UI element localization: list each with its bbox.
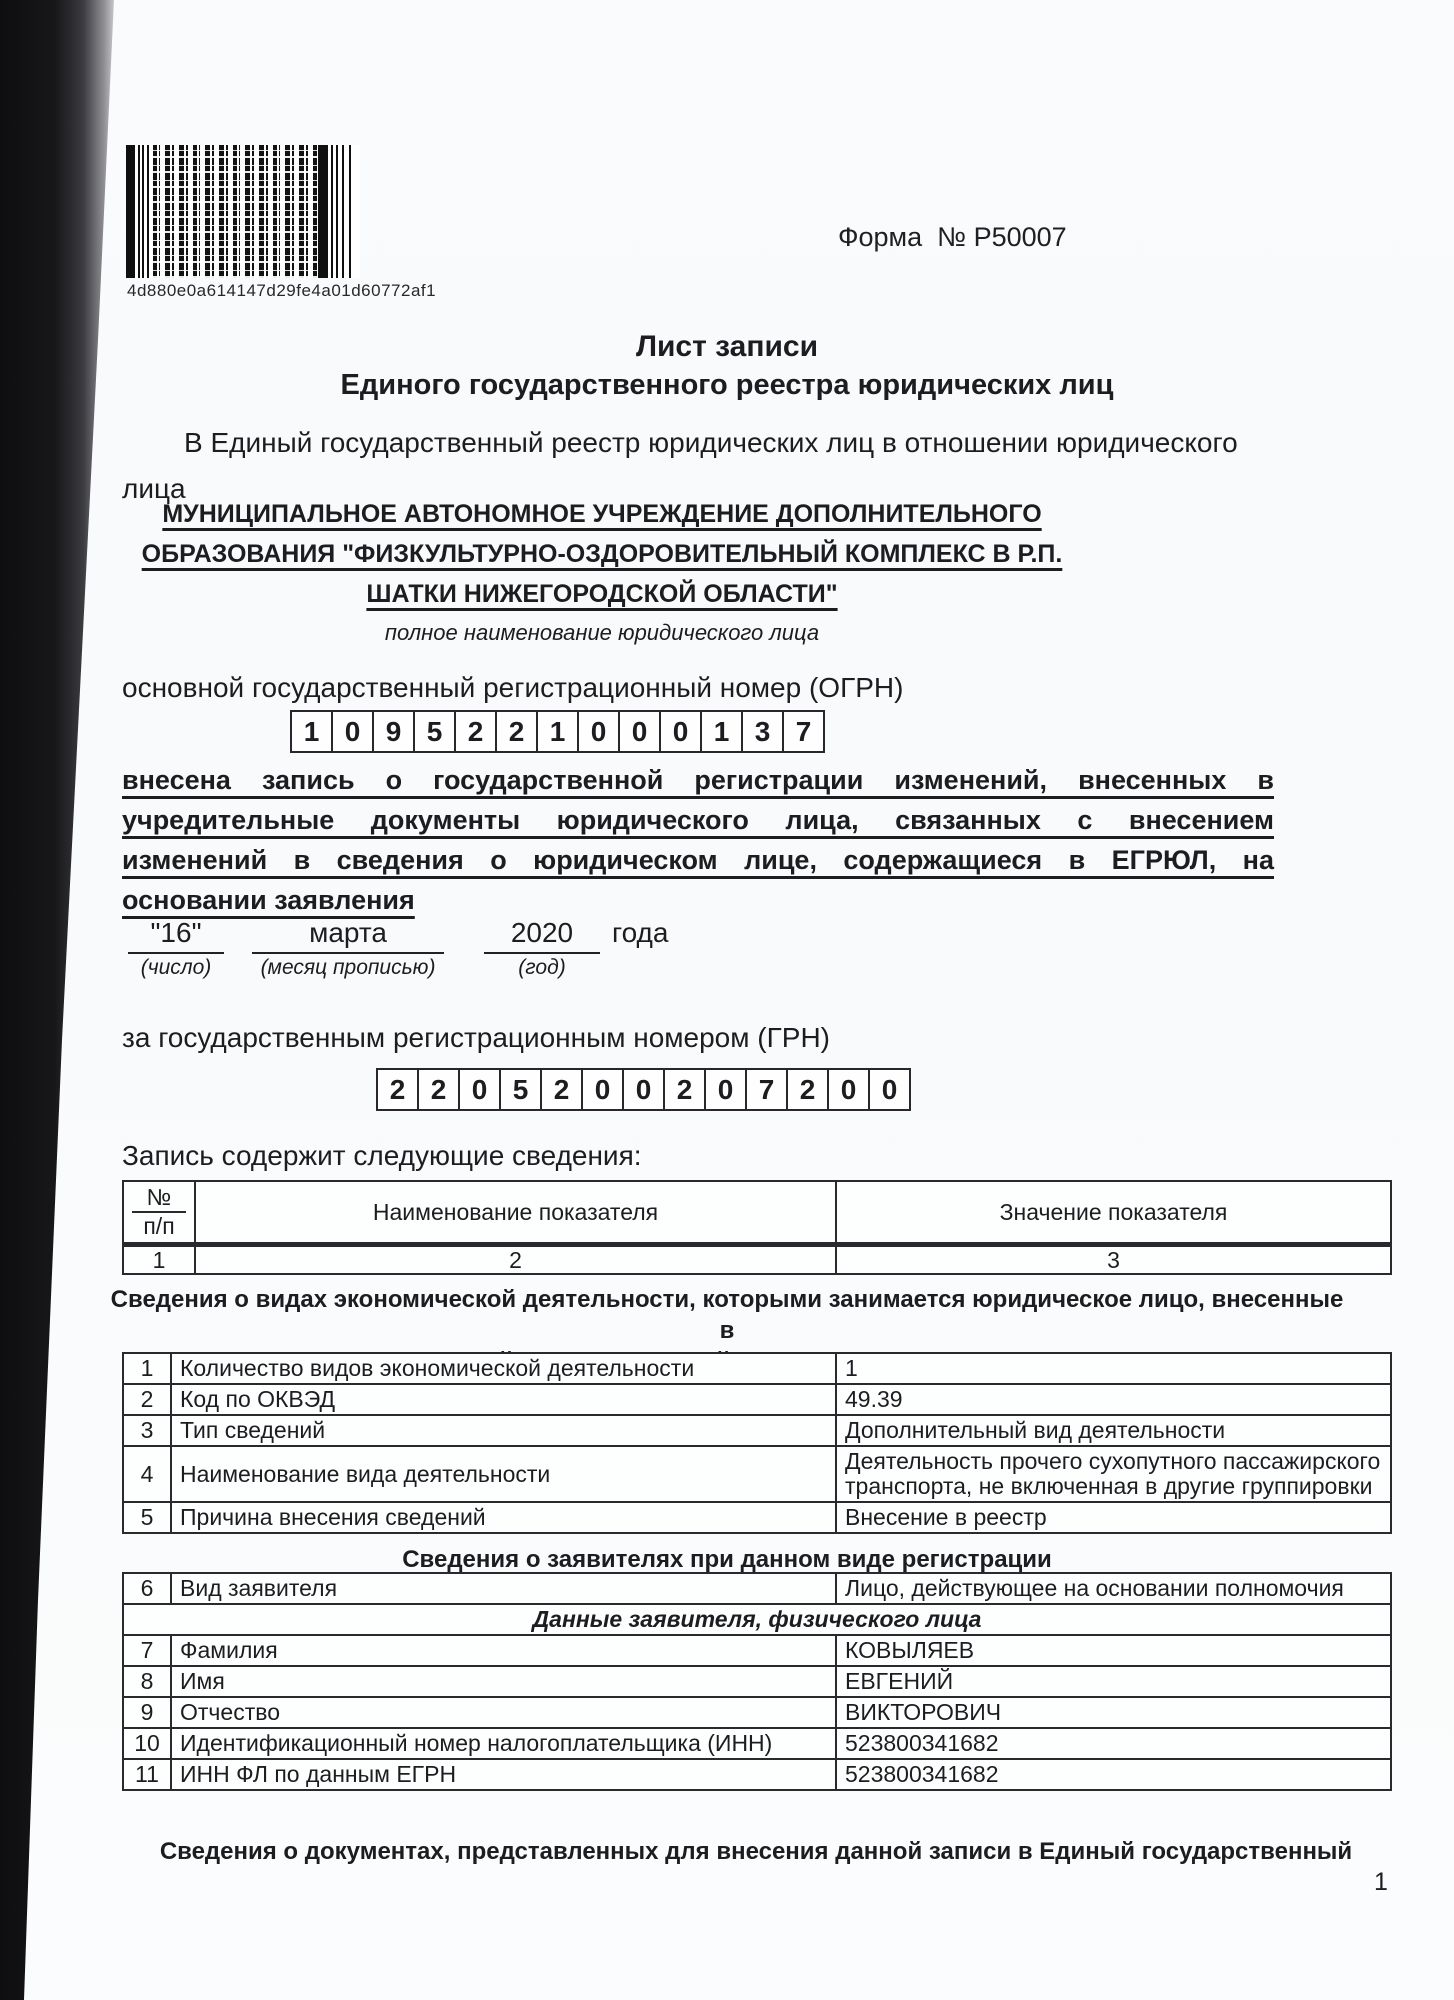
- col-header-npp: № п/п: [123, 1181, 195, 1245]
- row-name-cell: Тип сведений: [171, 1415, 836, 1446]
- row-name-cell: Наименование вида деятельности: [171, 1446, 836, 1502]
- pdf417-barcode-icon: [126, 145, 360, 278]
- index-cell-2: 2: [195, 1245, 836, 1275]
- row-number-cell: 9: [123, 1697, 171, 1728]
- grn-digit: 0: [868, 1068, 911, 1111]
- org-name-caption: полное наименование юридического лица: [112, 618, 1092, 648]
- barcode-stop-pattern: [318, 145, 360, 278]
- applicants-section-title: Сведения о заявителях при данном виде ре…: [107, 1544, 1347, 1575]
- date-row: "16" (число) марта (месяц прописью) 2020…: [128, 914, 668, 982]
- row-name-cell: Вид заявителя: [171, 1573, 836, 1604]
- applicants-table: 6 Вид заявителя Лицо, действующее на осн…: [122, 1572, 1392, 1791]
- table-header-row: № п/п Наименование показателя Значение п…: [123, 1181, 1391, 1245]
- ogrn-digit: 5: [413, 710, 456, 753]
- org-name: МУНИЦИПАЛЬНОЕ АВТОНОМНОЕ УЧРЕЖДЕНИЕ ДОПО…: [112, 494, 1092, 648]
- ogrn-digit: 3: [741, 710, 784, 753]
- row-value-cell: 523800341682: [836, 1759, 1391, 1790]
- ogrn-digit: 2: [454, 710, 497, 753]
- table-row: 6 Вид заявителя Лицо, действующее на осн…: [123, 1573, 1391, 1604]
- grn-digit-boxes: 2 2 0 5 2 0 0 2 0 7 2 0 0: [376, 1068, 911, 1111]
- row-value-cell: 523800341682: [836, 1728, 1391, 1759]
- ogrn-digit: 0: [331, 710, 374, 753]
- grn-digit: 0: [622, 1068, 665, 1111]
- ogrn-digit: 0: [577, 710, 620, 753]
- grn-digit: 2: [540, 1068, 583, 1111]
- row-value-cell: Лицо, действующее на основании полномочи…: [836, 1573, 1391, 1604]
- record-header-table: № п/п Наименование показателя Значение п…: [122, 1180, 1392, 1275]
- table-row: 7 Фамилия КОВЫЛЯЕВ: [123, 1635, 1391, 1666]
- org-name-line-3: ШАТКИ НИЖЕГОРОДСКОЙ ОБЛАСТИ": [112, 574, 1092, 614]
- row-name-cell: Код по ОКВЭД: [171, 1384, 836, 1415]
- date-year-caption: (год): [484, 954, 600, 982]
- date-year: 2020 (год): [484, 914, 600, 982]
- col-header-name: Наименование показателя: [195, 1181, 836, 1245]
- ogrn-digit: 0: [618, 710, 661, 753]
- row-value-cell: Внесение в реестр: [836, 1502, 1391, 1533]
- statement-line-2: учредительные документы юридического лиц…: [122, 800, 1274, 840]
- row-number-cell: 6: [123, 1573, 171, 1604]
- table-row: 2 Код по ОКВЭД 49.39: [123, 1384, 1391, 1415]
- row-name-cell: Отчество: [171, 1697, 836, 1728]
- grn-digit: 2: [663, 1068, 706, 1111]
- applicant-subheader: Данные заявителя, физического лица: [123, 1604, 1391, 1635]
- grn-digit: 7: [745, 1068, 788, 1111]
- row-name-cell: Имя: [171, 1666, 836, 1697]
- ogrn-digit: 1: [700, 710, 743, 753]
- row-number-cell: 8: [123, 1666, 171, 1697]
- date-year-value: 2020: [484, 914, 600, 954]
- date-month-caption: (месяц прописью): [252, 954, 444, 982]
- col-header-npp-bottom: п/п: [132, 1213, 186, 1240]
- activity-table: 1 Количество видов экономической деятель…: [122, 1352, 1392, 1534]
- row-name-cell: ИНН ФЛ по данным ЕГРН: [171, 1759, 836, 1790]
- grn-label: за государственным регистрационным номер…: [122, 1022, 830, 1054]
- date-day: "16" (число): [128, 914, 224, 982]
- row-value-cell: ВИКТОРОВИЧ: [836, 1697, 1391, 1728]
- date-month: марта (месяц прописью): [252, 914, 444, 982]
- form-number: Форма № Р50007: [838, 222, 1067, 253]
- ogrn-digit: 1: [536, 710, 579, 753]
- grn-digit: 2: [786, 1068, 829, 1111]
- table-index-row: 1 2 3: [123, 1245, 1391, 1275]
- ogrn-digit: 9: [372, 710, 415, 753]
- barcode-start-pattern: [126, 145, 153, 278]
- document-title: Лист записи Единого государственного рее…: [0, 328, 1454, 404]
- date-month-value: марта: [252, 914, 444, 954]
- org-name-line-1: МУНИЦИПАЛЬНОЕ АВТОНОМНОЕ УЧРЕЖДЕНИЕ ДОПО…: [112, 494, 1092, 534]
- table-row: 1 Количество видов экономической деятель…: [123, 1353, 1391, 1384]
- record-statement: внесена запись о государственной регистр…: [122, 760, 1274, 920]
- activity-title-line-1: Сведения о видах экономической деятельно…: [107, 1284, 1347, 1346]
- grn-digit: 0: [827, 1068, 870, 1111]
- scanned-page: 4d880e0a614147d29fe4a01d60772af1 Форма №…: [0, 0, 1454, 2000]
- title-line-2: Единого государственного реестра юридиче…: [0, 366, 1454, 404]
- table-row: 8 Имя ЕВГЕНИЙ: [123, 1666, 1391, 1697]
- row-number-cell: 4: [123, 1446, 171, 1502]
- table-row: 5 Причина внесения сведений Внесение в р…: [123, 1502, 1391, 1533]
- ogrn-digit: 2: [495, 710, 538, 753]
- row-value-cell: ЕВГЕНИЙ: [836, 1666, 1391, 1697]
- ogrn-label: основной государственный регистрационный…: [122, 672, 903, 704]
- index-cell-3: 3: [836, 1245, 1391, 1275]
- table-row: 9 Отчество ВИКТОРОВИЧ: [123, 1697, 1391, 1728]
- grn-digit: 5: [499, 1068, 542, 1111]
- row-value-cell: 1: [836, 1353, 1391, 1384]
- scan-edge-shadow: [0, 0, 130, 2000]
- barcode-caption: 4d880e0a614147d29fe4a01d60772af1: [127, 281, 436, 301]
- row-number-cell: 1: [123, 1353, 171, 1384]
- row-name-cell: Фамилия: [171, 1635, 836, 1666]
- grn-digit: 2: [417, 1068, 460, 1111]
- page-number: 1: [1374, 1868, 1388, 1897]
- row-value-cell: 49.39: [836, 1384, 1391, 1415]
- grn-digit: 0: [704, 1068, 747, 1111]
- intro-line-1: В Единый государственный реестр юридичес…: [122, 420, 1362, 466]
- col-header-value: Значение показателя: [836, 1181, 1391, 1245]
- table-row: 11 ИНН ФЛ по данным ЕГРН 523800341682: [123, 1759, 1391, 1790]
- ogrn-digit: 1: [290, 710, 333, 753]
- statement-line-3: изменений в сведения о юридическом лице,…: [122, 840, 1274, 880]
- grn-digit: 0: [458, 1068, 501, 1111]
- org-name-line-2: ОБРАЗОВАНИЯ "ФИЗКУЛЬТУРНО-ОЗДОРОВИТЕЛЬНЫ…: [112, 534, 1092, 574]
- title-line-1: Лист записи: [0, 328, 1454, 366]
- date-year-suffix: года: [612, 914, 668, 952]
- grn-digit: 2: [376, 1068, 419, 1111]
- ogrn-digit: 7: [782, 710, 825, 753]
- row-value-cell: КОВЫЛЯЕВ: [836, 1635, 1391, 1666]
- table-row: 4 Наименование вида деятельности Деятель…: [123, 1446, 1391, 1502]
- footer-note: Сведения о документах, представленных дл…: [122, 1838, 1390, 1866]
- col-header-npp-top: №: [132, 1184, 186, 1213]
- row-value-cell: Дополнительный вид деятельности: [836, 1415, 1391, 1446]
- table-row: 3 Тип сведений Дополнительный вид деятел…: [123, 1415, 1391, 1446]
- row-number-cell: 3: [123, 1415, 171, 1446]
- row-number-cell: 7: [123, 1635, 171, 1666]
- date-day-caption: (число): [128, 954, 224, 982]
- row-value-cell: Деятельность прочего сухопутного пассажи…: [836, 1446, 1391, 1502]
- ogrn-digit-boxes: 1 0 9 5 2 2 1 0 0 0 1 3 7: [290, 710, 825, 753]
- record-note: Запись содержит следующие сведения:: [122, 1140, 642, 1172]
- row-number-cell: 5: [123, 1502, 171, 1533]
- row-name-cell: Идентификационный номер налогоплательщик…: [171, 1728, 836, 1759]
- row-number-cell: 11: [123, 1759, 171, 1790]
- table-row: 10 Идентификационный номер налогоплатель…: [123, 1728, 1391, 1759]
- grn-digit: 0: [581, 1068, 624, 1111]
- statement-line-1: внесена запись о государственной регистр…: [122, 760, 1274, 800]
- barcode-data-pattern: [153, 145, 318, 278]
- row-number-cell: 2: [123, 1384, 171, 1415]
- row-name-cell: Причина внесения сведений: [171, 1502, 836, 1533]
- applicant-subheader-row: Данные заявителя, физического лица: [123, 1604, 1391, 1635]
- ogrn-digit: 0: [659, 710, 702, 753]
- row-number-cell: 10: [123, 1728, 171, 1759]
- date-day-value: "16": [128, 914, 224, 954]
- row-name-cell: Количество видов экономической деятельно…: [171, 1353, 836, 1384]
- index-cell-1: 1: [123, 1245, 195, 1275]
